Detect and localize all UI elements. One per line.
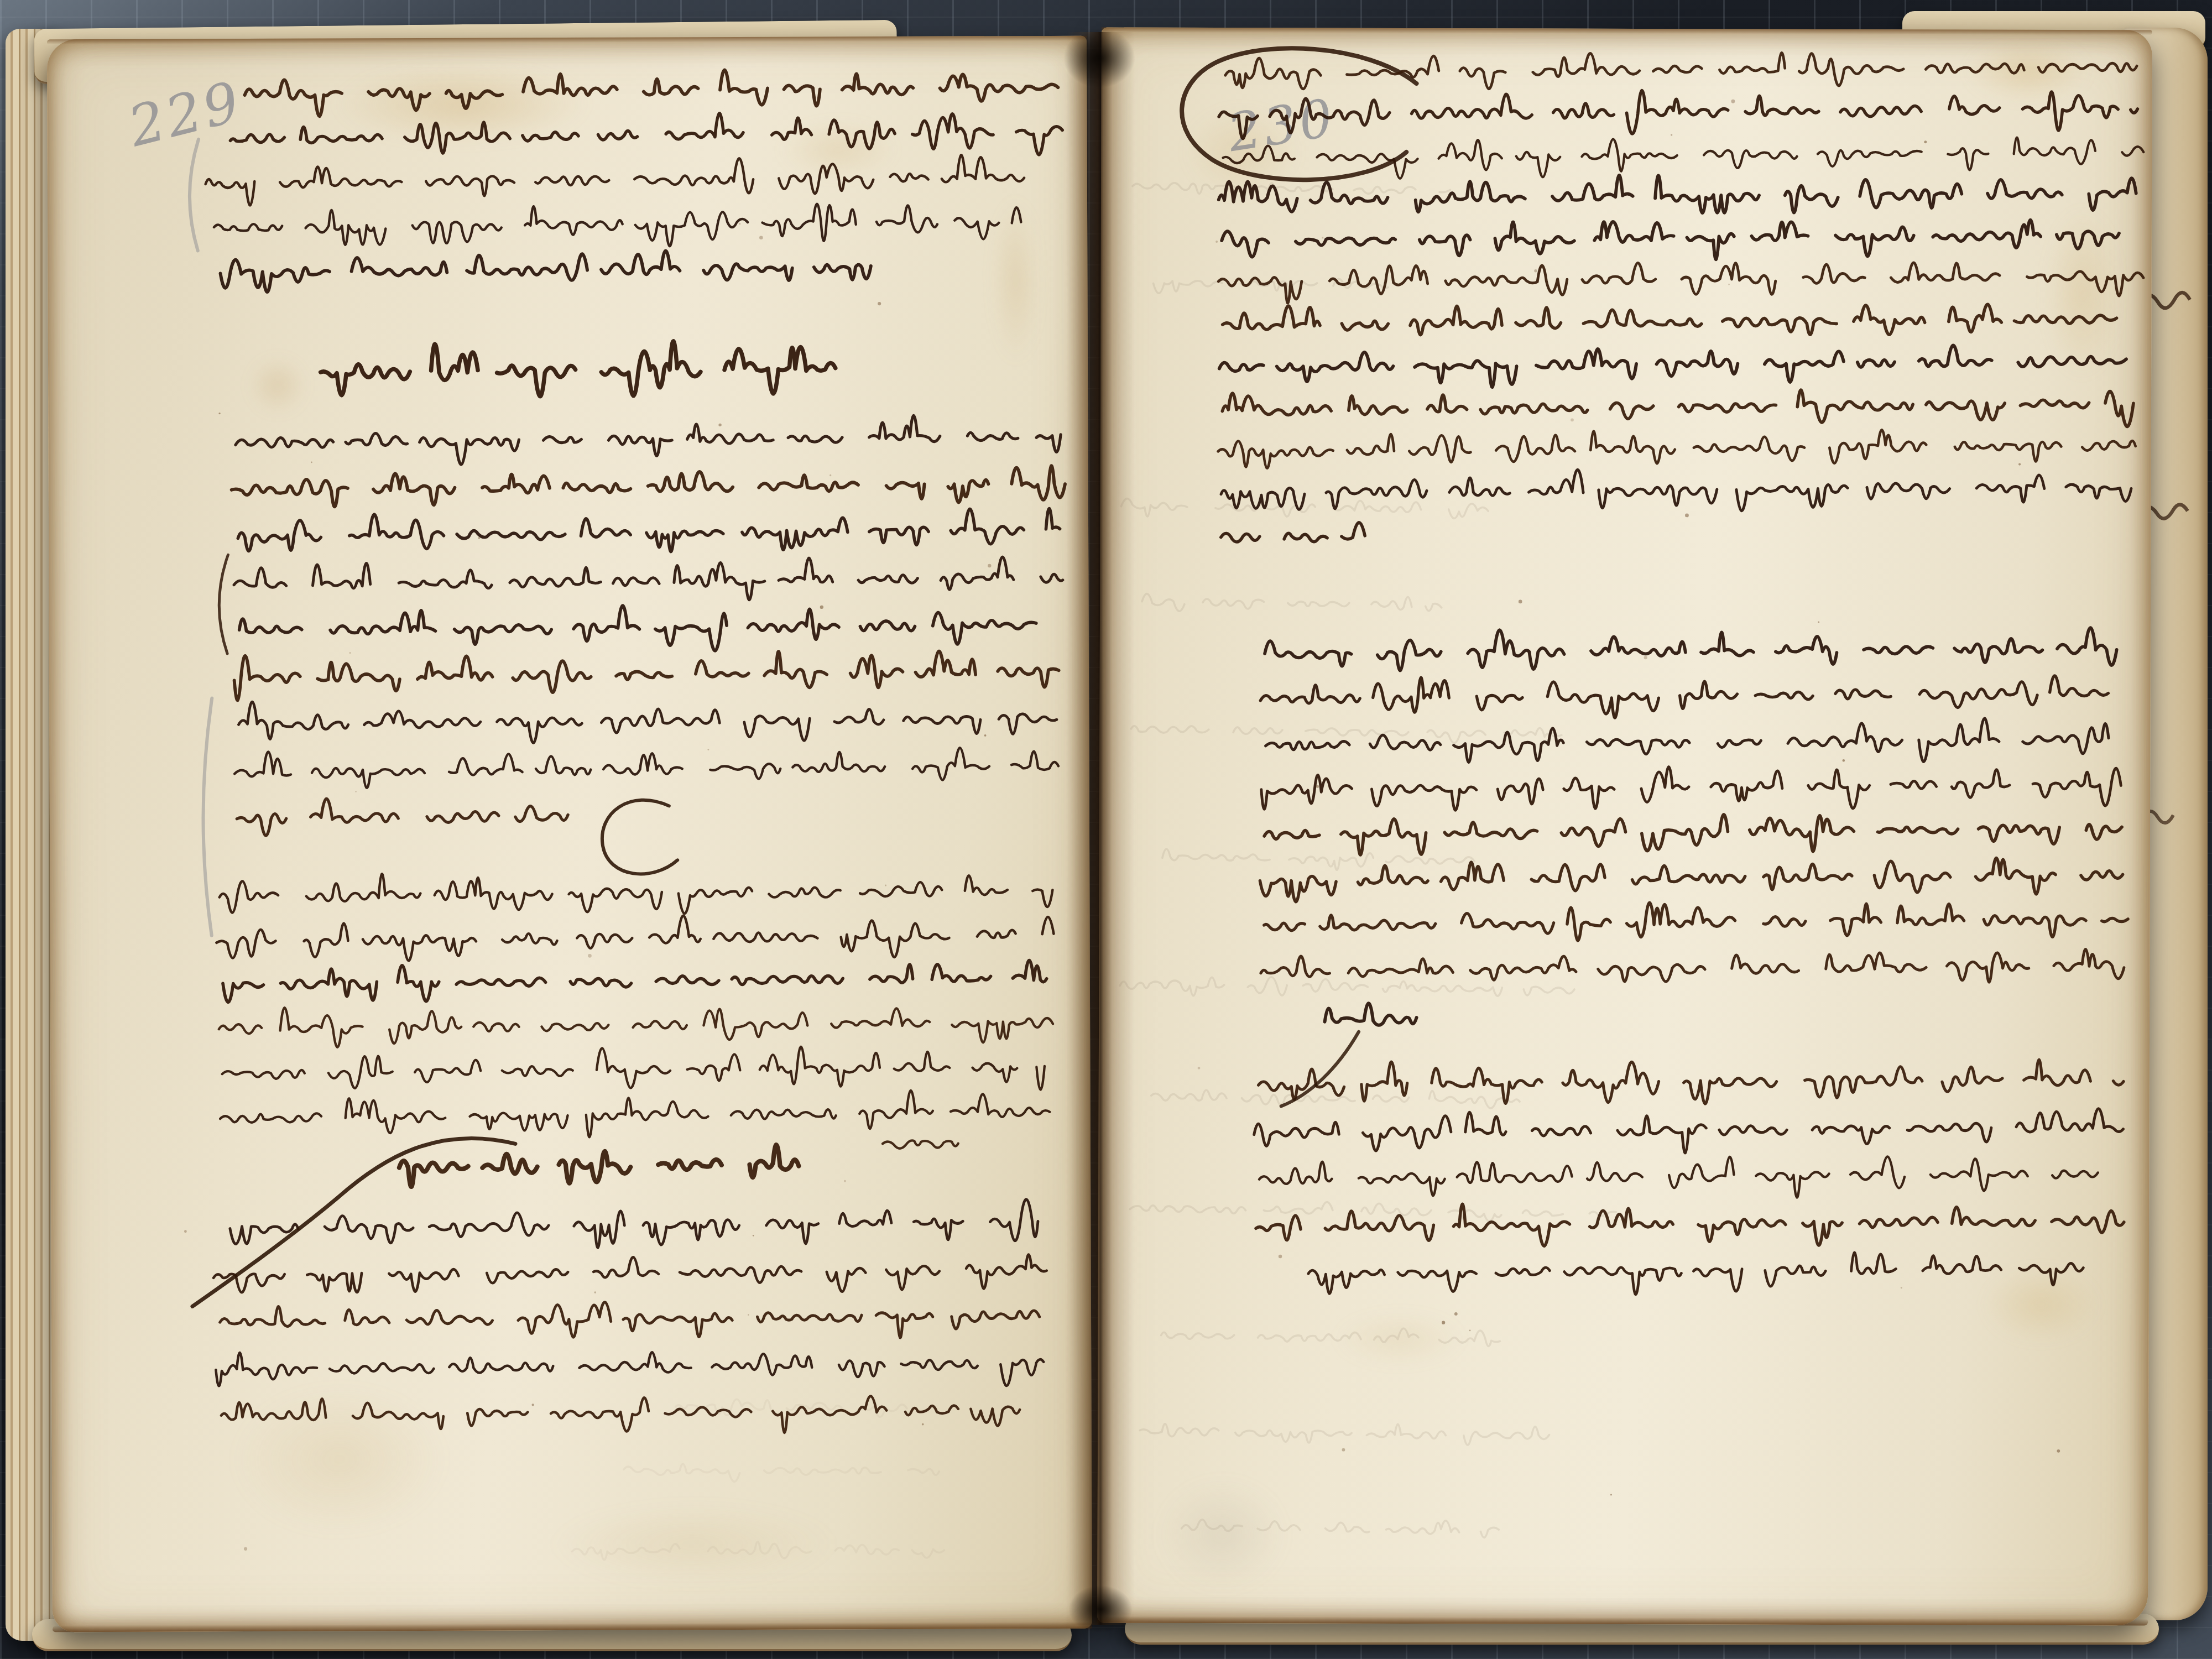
ghost-text-line (1142, 594, 1442, 612)
handwriting-line (1218, 428, 2135, 471)
ghost-text-line (1161, 1328, 1500, 1346)
ink-speck (820, 606, 823, 609)
handwriting-line (216, 915, 1053, 962)
ink-speck (355, 791, 356, 792)
ink-speck (707, 749, 709, 750)
handwriting-line (234, 557, 1063, 602)
ink-speck (1215, 241, 1218, 243)
ink-margin-mark (219, 555, 228, 654)
ink-speck (478, 537, 480, 539)
handwriting-line (1221, 522, 1365, 542)
handwriting-line (1256, 1203, 2124, 1248)
pencil-margin-mark (190, 139, 199, 251)
ink-speck (1842, 759, 1845, 762)
handwriting-line (1219, 343, 2126, 389)
handwriting-line (1308, 1251, 2084, 1296)
handwriting-line (1260, 674, 2108, 719)
ink-speck (1731, 100, 1735, 103)
handwriting-line (238, 509, 1060, 554)
page-right: 230 (1097, 28, 2152, 1626)
ink-speck (1316, 785, 1319, 787)
handwriting-line (1264, 901, 2128, 942)
ink-speck (1644, 656, 1647, 659)
ink-speck (1342, 1448, 1345, 1452)
ink-speck (748, 1314, 749, 1315)
handwriting-line (220, 1301, 1040, 1340)
handwriting-line (883, 1140, 958, 1149)
ink-speck (594, 1291, 596, 1293)
handwriting-line (1259, 1155, 2098, 1198)
ink-speck (1610, 1494, 1612, 1496)
ink-speck (988, 564, 991, 567)
handwriting-line (216, 1350, 1044, 1389)
handwriting-line (1219, 174, 2136, 214)
ghost-text-line (1162, 849, 1474, 870)
ink-speck (844, 1180, 846, 1182)
handwriting-line (222, 1046, 1045, 1093)
handwriting-line (244, 69, 1058, 116)
ink-speck (1469, 1330, 1471, 1332)
ghost-text-line (1130, 1202, 1616, 1222)
ink-speck (2018, 463, 2021, 466)
handwriting-line (221, 1396, 1020, 1435)
handwriting-line (230, 1199, 1038, 1249)
ink-speck (1322, 237, 1323, 238)
ink-speck (759, 236, 763, 239)
ghost-text-line (1133, 182, 1450, 195)
handwriting-line (1223, 302, 2117, 337)
handwriting-line (234, 748, 1058, 789)
ink-speck (184, 1230, 187, 1233)
ghost-text-line (572, 1541, 944, 1560)
ink-speck (840, 1215, 842, 1217)
ink-speck (1924, 140, 1927, 143)
handwriting-line (232, 466, 1066, 507)
ink-speck (1198, 1067, 1201, 1070)
ink-speck (244, 1547, 247, 1551)
ink-speck (1671, 134, 1672, 135)
handwriting-line (236, 415, 1061, 465)
handwriting-line (213, 1255, 1047, 1294)
ghost-text-line (1121, 499, 1488, 519)
ink-speck (922, 1423, 924, 1426)
ghost-text-line (1182, 1520, 1499, 1538)
handwriting-line (1258, 1057, 2124, 1105)
ink-speck (1728, 284, 1730, 285)
ink-speck (311, 462, 312, 463)
ink-speck (753, 1235, 754, 1237)
ink-speck (2057, 1449, 2060, 1453)
handwriting-line (1261, 947, 2124, 983)
ink-speck (718, 424, 721, 426)
handwriting-line (1219, 89, 2137, 140)
handwriting-line (1222, 218, 2119, 260)
handwriting-line (1218, 261, 2143, 306)
ink-speck (1685, 513, 1689, 517)
ghost-text-line (1120, 977, 1574, 997)
ink-speck (1571, 418, 1574, 421)
handwriting-right: 230 (1097, 28, 2152, 1626)
handwriting-line (230, 112, 1062, 158)
handwriting-line (220, 250, 871, 292)
heading-line (320, 341, 835, 397)
page-left: 229 (47, 36, 1092, 1632)
ink-speck (1454, 1312, 1458, 1316)
handwriting-line (1265, 625, 2117, 672)
handwriting-line (239, 604, 1036, 652)
handwriting-line (1222, 388, 2133, 426)
handwriting-line (1254, 1107, 2124, 1154)
handwriting-line (1325, 1003, 1417, 1025)
ink-speck (1901, 1287, 1902, 1288)
ink-speck (1719, 826, 1721, 828)
ink-speck (531, 1404, 534, 1406)
signature-line (399, 1145, 799, 1187)
handwriting-line (238, 699, 1057, 744)
ink-speck (885, 885, 886, 886)
page-number-left: 229 (122, 69, 248, 159)
ink-speck (1279, 1255, 1282, 1258)
handwriting-line (220, 1090, 1050, 1139)
photo-scene: 229 230 (0, 0, 2212, 1659)
ink-speck (830, 474, 831, 476)
ink-flourish (602, 800, 678, 874)
ink-speck (1442, 1321, 1445, 1324)
ink-speck (984, 734, 987, 737)
ink-speck (739, 223, 740, 225)
book-gutter (1066, 32, 1135, 1625)
ink-speck (837, 755, 839, 758)
handwriting-line (223, 960, 1047, 1002)
handwriting-line (214, 203, 1021, 248)
handwriting-line (219, 1005, 1053, 1047)
ink-speck (218, 413, 220, 414)
ghost-text-line (624, 1463, 939, 1482)
handwriting-line (234, 650, 1058, 700)
handwriting-line (1264, 813, 2122, 857)
ink-speck (349, 652, 351, 654)
gutter-top-shadow (1050, 17, 1149, 100)
ink-speck (588, 954, 592, 958)
ghost-text-line (1140, 1423, 1549, 1445)
ink-speck (1818, 622, 1819, 623)
handwriting-line (1221, 469, 2131, 512)
handwriting-line (206, 155, 1025, 206)
handwriting-line (1266, 717, 2109, 764)
handwriting-left: 229 (47, 36, 1092, 1632)
gutter-bottom-shadow (1056, 1576, 1145, 1642)
pencil-margin-mark (203, 698, 213, 936)
ink-speck (1519, 600, 1522, 604)
ink-speck (878, 302, 881, 305)
handwriting-line (237, 798, 568, 836)
handwriting-line (1261, 766, 2121, 812)
ink-speck (1374, 237, 1377, 240)
handwriting-line (220, 872, 1053, 915)
ink-speck (1534, 269, 1537, 272)
